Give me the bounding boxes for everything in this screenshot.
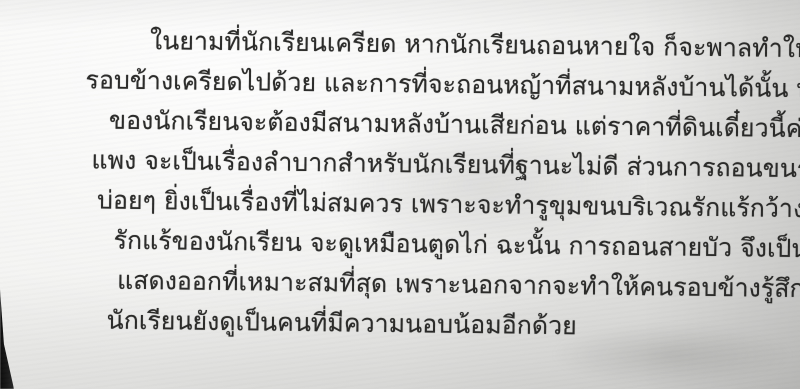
thai-paragraph: ในยามที่นักเรียนเครียด หากนักเรียนถอนหาย…: [0, 19, 800, 349]
photographed-document-page: ในยามที่นักเรียนเครียด หากนักเรียนถอนหาย…: [0, 0, 800, 389]
